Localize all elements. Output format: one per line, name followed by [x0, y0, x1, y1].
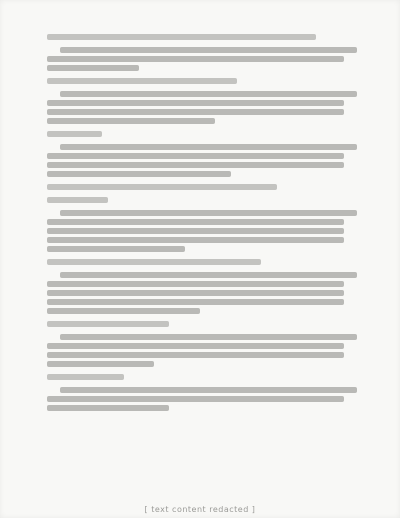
- redacted-text-line: [47, 308, 200, 314]
- redacted-text-line: [47, 361, 154, 367]
- redacted-text-line: [47, 109, 344, 115]
- redacted-text-line: [60, 387, 357, 393]
- dialogue-block-redacted: [47, 259, 353, 265]
- redacted-text-line: [47, 118, 215, 124]
- redaction-note: [ text content redacted ]: [0, 505, 400, 514]
- redacted-text-line: [47, 162, 344, 168]
- redacted-text-line: [47, 78, 237, 84]
- dialogue-block-redacted: [47, 184, 353, 190]
- redacted-text-line: [47, 374, 124, 380]
- redacted-text-line: [60, 334, 357, 340]
- narration-block-redacted: [47, 334, 353, 367]
- dialogue-block-redacted: [47, 78, 353, 84]
- redacted-text-line: [47, 184, 277, 190]
- redacted-text-line: [47, 34, 316, 40]
- redacted-text-line: [47, 396, 344, 402]
- redacted-text-line: [47, 100, 344, 106]
- redacted-text-line: [47, 290, 344, 296]
- dialogue-block-redacted: [47, 374, 353, 380]
- redacted-text-line: [47, 171, 231, 177]
- document-page: [ text content redacted ]: [0, 0, 400, 518]
- redacted-text-line: [47, 352, 344, 358]
- redacted-text-line: [47, 65, 139, 71]
- narration-block-redacted: [47, 272, 353, 314]
- redacted-text-line: [47, 131, 102, 137]
- redacted-text-line: [60, 210, 357, 216]
- redacted-text-line: [60, 144, 357, 150]
- redacted-text-line: [47, 153, 344, 159]
- narration-block-redacted: [47, 91, 353, 124]
- dialogue-block-redacted: [47, 197, 353, 203]
- redacted-text-line: [47, 219, 344, 225]
- narration-block-redacted: [47, 210, 353, 252]
- redacted-text-line: [47, 299, 344, 305]
- redacted-text-line: [47, 321, 169, 327]
- redacted-text-line: [47, 246, 185, 252]
- redacted-text-line: [47, 405, 169, 411]
- redacted-text-line: [47, 259, 261, 265]
- narration-block-redacted: [47, 144, 353, 177]
- redacted-text-line: [60, 91, 357, 97]
- redacted-text-line: [60, 272, 357, 278]
- text-area: [47, 34, 353, 418]
- redacted-text-line: [47, 228, 344, 234]
- redacted-text-line: [60, 47, 357, 53]
- dialogue-block-redacted: [47, 321, 353, 327]
- redacted-text-line: [47, 56, 344, 62]
- redacted-text-line: [47, 281, 344, 287]
- redacted-text-line: [47, 237, 344, 243]
- narration-block-redacted: [47, 47, 353, 71]
- redacted-text-line: [47, 197, 108, 203]
- dialogue-block-redacted: [47, 131, 353, 137]
- dialogue-block-redacted: [47, 34, 353, 40]
- narration-block-redacted: [47, 387, 353, 411]
- redacted-text-line: [47, 343, 344, 349]
